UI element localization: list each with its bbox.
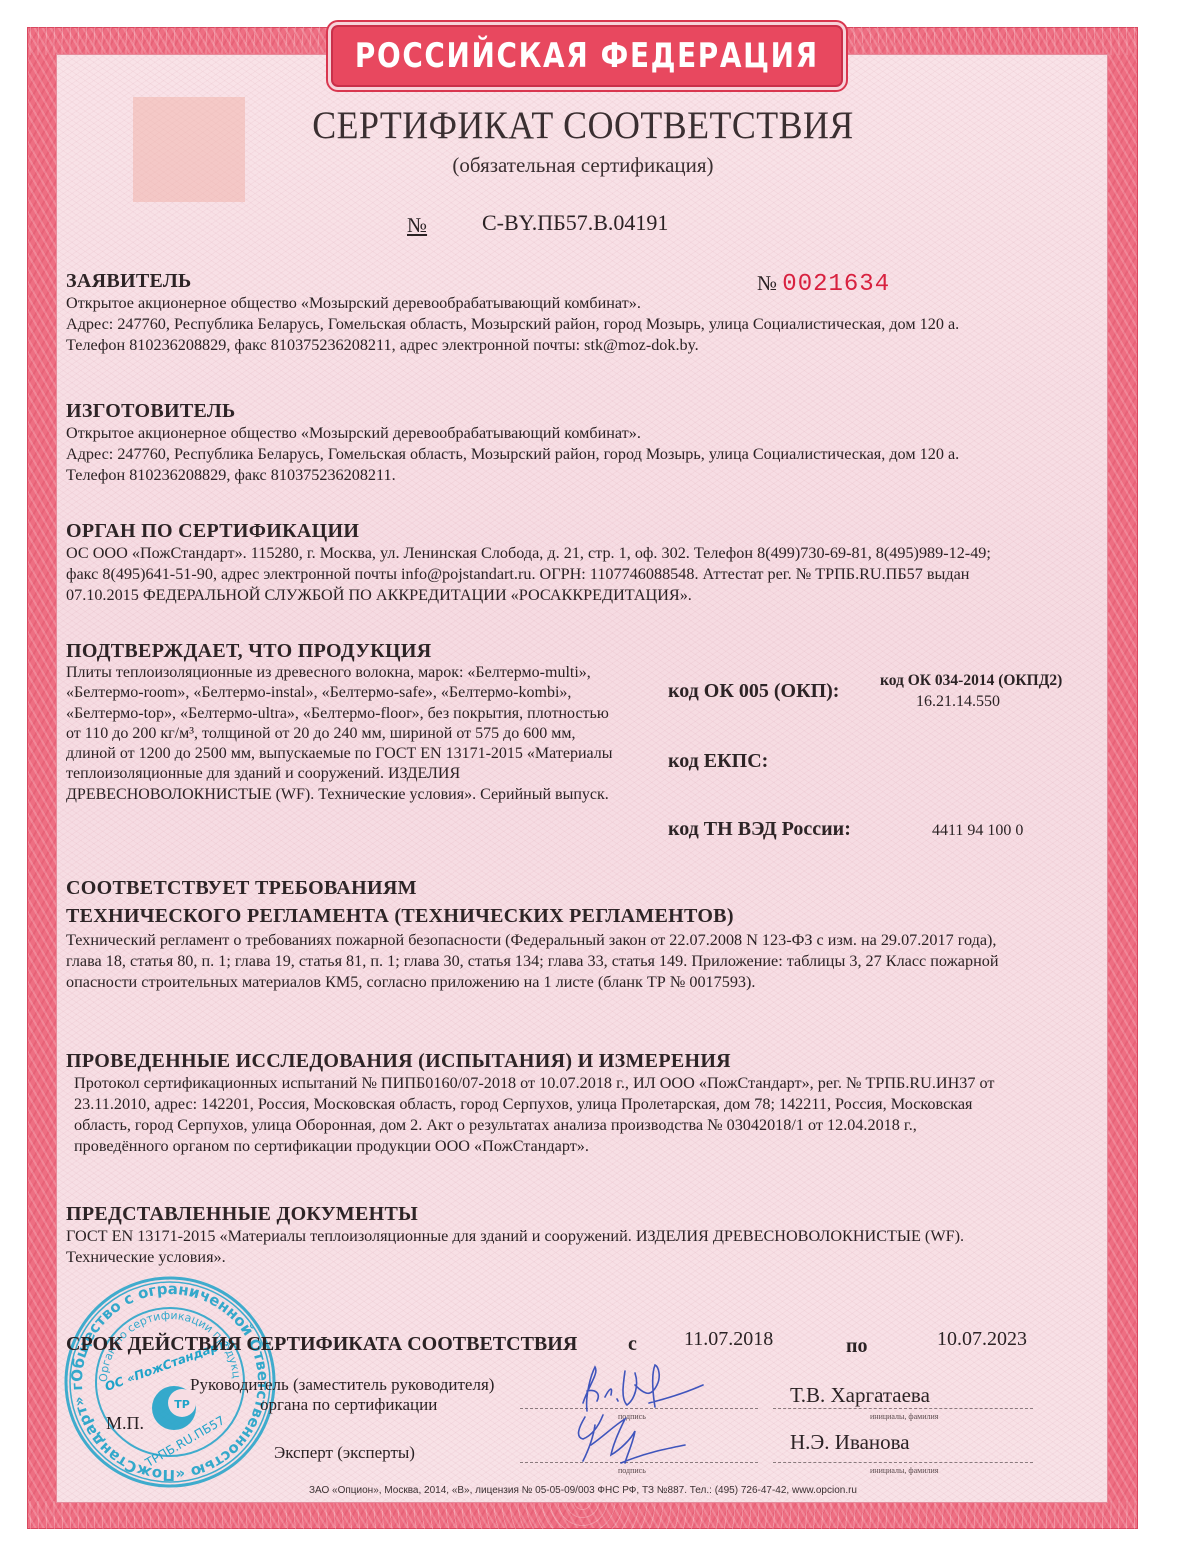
- applicant-name: Открытое акционерное общество «Мозырский…: [66, 293, 1111, 314]
- product-line: теплоизоляционные для зданий и сооружени…: [66, 764, 666, 784]
- section-certification-body: ОРГАН ПО СЕРТИФИКАЦИИ ОС ООО «ПожСтандар…: [66, 520, 1111, 606]
- documents-line: Технические условия».: [66, 1247, 1111, 1268]
- expert-role: Эксперт (эксперты): [274, 1443, 415, 1463]
- head-name: Т.В. Харгатаева: [790, 1383, 930, 1408]
- handwritten-signature-icon: [565, 1355, 705, 1475]
- product-line: «Белтермо-room», «Белтермо-instal», «Бел…: [66, 683, 666, 703]
- cert-number-label: №: [407, 213, 427, 238]
- expert-name: Н.Э. Иванова: [790, 1430, 910, 1455]
- name-caption: инициалы, фамилия: [870, 1466, 938, 1475]
- head-role: Руководитель (заместитель руководителя): [190, 1375, 494, 1395]
- country-banner: РОССИЙСКАЯ ФЕДЕРАЦИЯ: [328, 22, 846, 90]
- printer-imprint: ЗАО «Опцион», Москва, 2014, «В», лицензи…: [0, 1485, 1166, 1496]
- expert-name-line: [773, 1462, 1033, 1463]
- section-applicant: ЗАЯВИТЕЛЬ Открытое акционерное общество …: [66, 270, 1111, 356]
- head-role-2: органа по сертификации: [260, 1395, 437, 1415]
- section-product: ПОДТВЕРЖДАЕТ, ЧТО ПРОДУКЦИЯ Плиты теплои…: [66, 640, 666, 805]
- applicant-address: Адрес: 247760, Республика Беларусь, Гоме…: [66, 314, 1111, 335]
- document-title: СЕРТИФИКАТ СООТВЕТСТВИЯ: [47, 103, 1120, 148]
- cert-number: С-BY.ПБ57.В.04191: [482, 210, 668, 236]
- product-line: длиной от 1200 до 2500 мм, выпускаемые п…: [66, 744, 666, 764]
- ekps-code-label: код ЕКПС:: [668, 750, 768, 773]
- section-conformity: СООТВЕТСТВУЕТ ТРЕБОВАНИЯМ ТЕХНИЧЕСКОГО Р…: [66, 874, 1111, 993]
- seal-label: М.П.: [106, 1413, 144, 1434]
- okp-code-label: код ОК 005 (ОКП):: [668, 680, 839, 703]
- tests-line: 23.11.2010, адрес: 142201, Россия, Моско…: [66, 1094, 1111, 1115]
- validity-from-date: 11.07.2018: [684, 1328, 773, 1351]
- body-line: 07.10.2015 ФЕДЕРАЛЬНОЙ СЛУЖБОЙ ПО АККРЕД…: [66, 585, 1111, 606]
- tnved-code-label: код ТН ВЭД России:: [668, 818, 851, 841]
- documents-line: ГОСТ EN 13171-2015 «Материалы теплоизоля…: [66, 1226, 1111, 1247]
- section-heading: ОРГАН ПО СЕРТИФИКАЦИИ: [66, 520, 1111, 543]
- validity-label: СРОК ДЕЙСТВИЯ СЕРТИФИКАТА СООТВЕТСТВИЯ: [66, 1333, 577, 1356]
- applicant-contacts: Телефон 810236208829, факс 8103752362082…: [66, 335, 1111, 356]
- section-heading: ЗАЯВИТЕЛЬ: [66, 270, 1111, 293]
- regulation-line: Технический регламент о требованиях пожа…: [66, 930, 1111, 951]
- manufacturer-contacts: Телефон 810236208829, факс 8103752362082…: [66, 465, 1111, 486]
- product-line: Плиты теплоизоляционные из древесного во…: [66, 663, 666, 683]
- body-line: факс 8(495)641-51-90, адрес электронной …: [66, 564, 1111, 585]
- tests-line: область, город Серпухов, улица Оборонная…: [66, 1115, 1111, 1136]
- validity-from-label: с: [628, 1333, 637, 1356]
- document-subtitle: (обязательная сертификация): [0, 153, 1166, 178]
- tests-line: проведённого органом по сертификации про…: [66, 1136, 1111, 1157]
- product-line: «Белтермо-top», «Белтермо-ultra», «Белте…: [66, 704, 666, 724]
- section-heading: ТЕХНИЧЕСКОГО РЕГЛАМЕНТА (ТЕХНИЧЕСКИХ РЕГ…: [66, 902, 1111, 930]
- validity-to-label: по: [846, 1335, 868, 1358]
- country-banner-text: РОССИЙСКАЯ ФЕДЕРАЦИЯ: [355, 36, 819, 76]
- section-heading: СООТВЕТСТВУЕТ ТРЕБОВАНИЯМ: [66, 874, 1111, 902]
- section-heading: ПРОВЕДЕННЫЕ ИССЛЕДОВАНИЯ (ИСПЫТАНИЯ) И И…: [66, 1050, 1111, 1073]
- product-line: ДРЕВЕСНОВОЛОКНИСТЫЕ (WF). Технические ус…: [66, 785, 666, 805]
- section-heading: ПРЕДСТАВЛЕННЫЕ ДОКУМЕНТЫ: [66, 1203, 1111, 1226]
- regulation-line: глава 18, статья 80, п. 1; глава 19, ста…: [66, 951, 1111, 972]
- section-documents: ПРЕДСТАВЛЕННЫЕ ДОКУМЕНТЫ ГОСТ EN 13171-2…: [66, 1203, 1111, 1268]
- regulation-line: опасности строительных материалов КМ5, с…: [66, 972, 1111, 993]
- manufacturer-address: Адрес: 247760, Республика Беларусь, Гоме…: [66, 444, 1111, 465]
- tnved-code-value: 4411 94 100 0: [932, 822, 1023, 840]
- section-tests: ПРОВЕДЕННЫЕ ИССЛЕДОВАНИЯ (ИСПЫТАНИЯ) И И…: [66, 1050, 1111, 1157]
- okpd2-code-value: 16.21.14.550: [916, 693, 1000, 711]
- section-heading: ИЗГОТОВИТЕЛЬ: [66, 400, 1111, 423]
- stamp-logo: ТР: [174, 1398, 190, 1411]
- validity-to-date: 10.07.2023: [937, 1328, 1027, 1351]
- tests-line: Протокол сертификационных испытаний № ПИ…: [66, 1073, 1111, 1094]
- head-name-line: [773, 1408, 1033, 1409]
- okpd2-code-label: код ОК 034-2014 (ОКПД2): [880, 672, 1062, 690]
- section-heading: ПОДТВЕРЖДАЕТ, ЧТО ПРОДУКЦИЯ: [66, 640, 666, 663]
- name-caption: инициалы, фамилия: [870, 1412, 938, 1421]
- body-line: ОС ООО «ПожСтандарт». 115280, г. Москва,…: [66, 543, 1111, 564]
- manufacturer-name: Открытое акционерное общество «Мозырский…: [66, 423, 1111, 444]
- section-manufacturer: ИЗГОТОВИТЕЛЬ Открытое акционерное общест…: [66, 400, 1111, 486]
- product-line: от 110 до 200 кг/м³, толщиной от 20 до 2…: [66, 724, 666, 744]
